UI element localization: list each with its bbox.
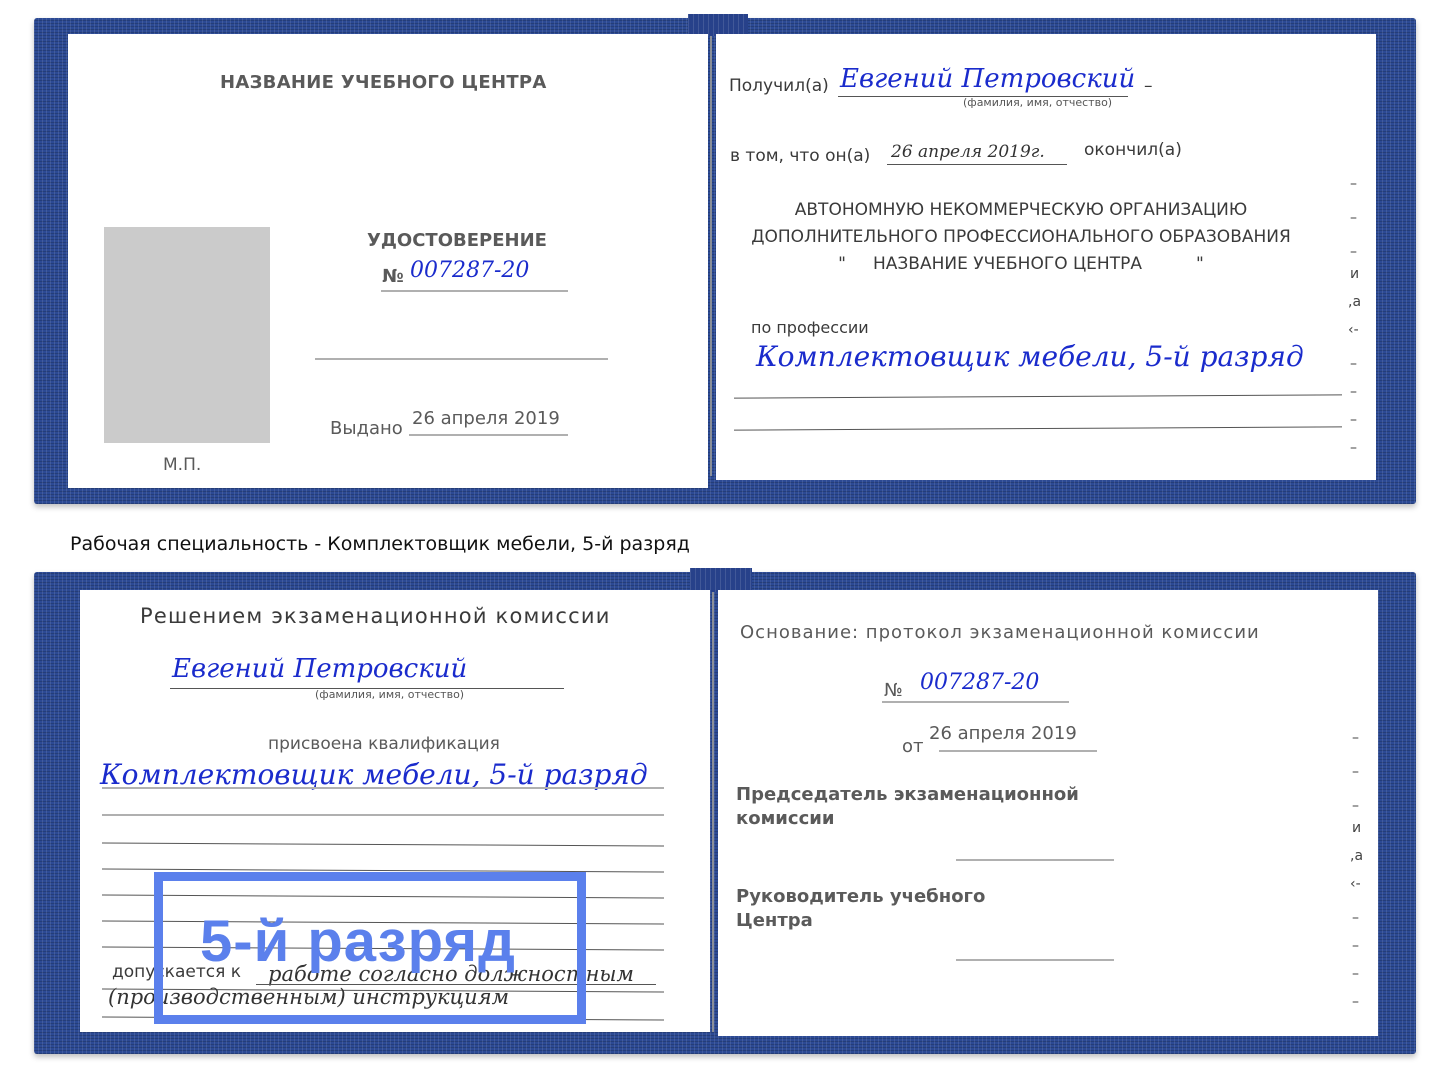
edge-mark: – xyxy=(1350,244,1357,260)
chairman-label-line-1: Председатель экзаменационной xyxy=(736,784,1079,805)
that-label: в том, что он(а) xyxy=(730,146,870,166)
protocol-number: 007287-20 xyxy=(920,670,1039,695)
decision-title: Решением экзаменационной комиссии xyxy=(140,604,611,628)
ruled-line xyxy=(102,843,664,847)
document-title: УДОСТОВЕРЕНИЕ xyxy=(367,230,547,251)
head-signature-line xyxy=(956,959,1114,961)
certificate-number: 007287-20 xyxy=(410,258,529,283)
qualification-underline-2 xyxy=(102,814,664,816)
edge-mark: – xyxy=(1350,384,1357,400)
edge-mark: ‹- xyxy=(1348,322,1359,338)
cover-spine-bottom xyxy=(690,568,752,592)
protocol-date: 26 апреля 2019 xyxy=(929,723,1077,744)
stamp-place-label: М.П. xyxy=(163,455,201,475)
photo-placeholder xyxy=(104,227,270,443)
protocol-number-underline xyxy=(882,701,1069,703)
number-prefix: № xyxy=(382,266,404,287)
profession-value: Комплектовщик мебели, 5-й разряд xyxy=(756,340,1304,373)
completion-underline xyxy=(887,164,1067,165)
edge-mark: – xyxy=(1352,966,1359,982)
recipient-dash: – xyxy=(1144,76,1153,96)
edge-mark: – xyxy=(1352,994,1359,1010)
finished-label: окончил(а) xyxy=(1084,140,1182,160)
protocol-date-underline xyxy=(939,750,1097,752)
edge-mark: – xyxy=(1352,730,1359,746)
profession-underline-2 xyxy=(734,426,1342,430)
qualification-label: присвоена квалификация xyxy=(268,734,500,754)
head-label-line-1: Руководитель учебного xyxy=(736,886,985,907)
edge-mark: – xyxy=(1352,910,1359,926)
profession-underline-1 xyxy=(734,394,1342,398)
org-line-1: АВТОНОМНУЮ НЕКОММЕРЧЕСКУЮ ОРГАНИЗАЦИЮ xyxy=(716,200,1326,220)
edge-mark: – xyxy=(1350,176,1357,192)
edge-mark: – xyxy=(1352,938,1359,954)
bottom-left-page: Решением экзаменационной комиссии Евгени… xyxy=(80,590,710,1032)
bottom-right-page: Основание: протокол экзаменационной коми… xyxy=(718,590,1378,1036)
protocol-number-prefix: № xyxy=(884,680,903,701)
edge-mark: – xyxy=(1350,356,1357,372)
edge-mark: – xyxy=(1352,798,1359,814)
org-line-2: ДОПОЛНИТЕЛЬНОГО ПРОФЕССИОНАЛЬНОГО ОБРАЗО… xyxy=(716,227,1326,247)
issued-label: Выдано xyxy=(330,418,403,439)
cover-spine-top xyxy=(688,14,748,36)
edge-mark: ‹- xyxy=(1350,876,1361,892)
edge-mark: и xyxy=(1350,266,1359,282)
number-underline xyxy=(381,290,568,292)
recipient-name: Евгений Петровский xyxy=(840,64,1135,94)
page-fold-bottom xyxy=(712,592,714,1032)
protocol-date-prefix: от xyxy=(902,736,924,757)
edge-mark: – xyxy=(1350,440,1357,456)
person-name: Евгений Петровский xyxy=(172,654,467,684)
chairman-signature-line xyxy=(956,859,1114,861)
edge-mark: ,а xyxy=(1350,848,1363,864)
name-hint: (фамилия, имя, отчество) xyxy=(963,96,1112,109)
edge-mark: – xyxy=(1352,764,1359,780)
name-hint: (фамилия, имя, отчество) xyxy=(315,688,464,701)
issued-underline xyxy=(409,434,568,436)
qualification-underline-1 xyxy=(102,787,664,789)
basis-label: Основание: протокол экзаменационной коми… xyxy=(740,622,1260,643)
edge-mark: и xyxy=(1352,820,1361,836)
edge-mark: – xyxy=(1350,412,1357,428)
blank-line xyxy=(315,358,608,360)
grade-stamp-text: 5-й разряд xyxy=(200,908,516,975)
edge-mark: ,а xyxy=(1348,294,1361,310)
top-left-page: НАЗВАНИЕ УЧЕБНОГО ЦЕНТРА М.П. УДОСТОВЕРЕ… xyxy=(68,34,708,488)
profession-label: по профессии xyxy=(751,318,869,337)
org-line-3: " НАЗВАНИЕ УЧЕБНОГО ЦЕНТРА " xyxy=(716,254,1326,274)
edge-mark: – xyxy=(1350,210,1357,226)
top-right-page: Получил(а) Евгений Петровский – (фамилия… xyxy=(716,34,1376,480)
page-fold-top xyxy=(710,36,712,476)
issued-date: 26 апреля 2019 xyxy=(412,408,560,429)
chairman-label-line-2: комиссии xyxy=(736,808,834,829)
received-label: Получил(а) xyxy=(729,76,829,96)
completion-date: 26 апреля 2019г. xyxy=(891,142,1045,162)
head-label-line-2: Центра xyxy=(736,910,813,931)
center-name-heading: НАЗВАНИЕ УЧЕБНОГО ЦЕНТРА xyxy=(220,72,547,93)
caption: Рабочая специальность - Комплектовщик ме… xyxy=(70,533,690,555)
